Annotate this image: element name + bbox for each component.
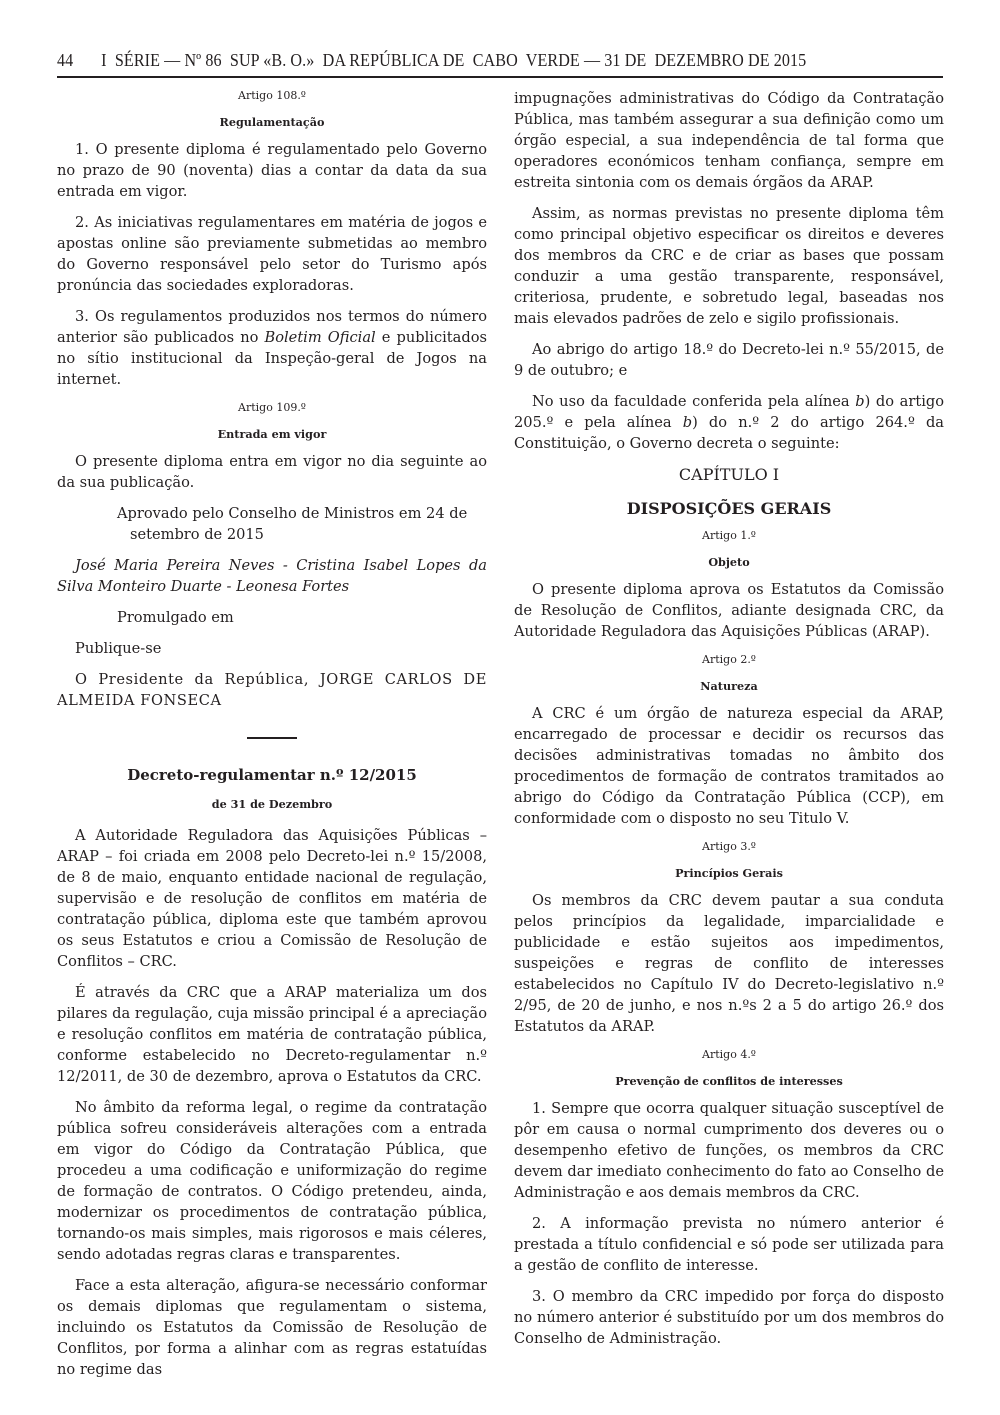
promulgated: Promulgado em	[57, 607, 487, 628]
article-3-paragraph-1: Os membros da CRC devem pautar a sua con…	[514, 890, 944, 1037]
decree-paragraph-2: É através da CRC que a ARAP materializa …	[57, 982, 487, 1087]
article-108-paragraph-2: 2. As iniciativas regulamentares em maté…	[57, 212, 487, 296]
chapter-label: CAPÍTULO I	[514, 464, 944, 486]
header-rule	[57, 76, 943, 78]
president-signature: O Presidente da República, JORGE CARLOS …	[57, 669, 487, 711]
decree-paragraph-uso: No uso da faculdade conferida pela alíne…	[514, 391, 944, 454]
article-4-paragraph-3: 3. O membro da CRC impedido por força do…	[514, 1286, 944, 1349]
publication-title: I SÉRIE — Nº 86 SUP «B. O.» DA REPÚBLICA…	[101, 50, 806, 71]
decree-paragraph-1: A Autoridade Reguladora das Aquisições P…	[57, 825, 487, 972]
decree-date: de 31 de Dezembro	[57, 794, 487, 815]
article-109-label: Artigo 109.º	[57, 400, 487, 416]
left-column: Artigo 108.º Regulamentação 1. O present…	[57, 88, 487, 1390]
article-3-label: Artigo 3.º	[514, 839, 944, 855]
article-109-title: Entrada em vigor	[57, 426, 487, 442]
article-108-label: Artigo 108.º	[57, 88, 487, 104]
text-span: No uso da faculdade conferida pela alíne…	[532, 393, 855, 410]
article-4-title: Prevenção de conflitos de interesses	[514, 1073, 944, 1089]
approval-line-2: setembro de 2015	[117, 524, 487, 545]
page-number: 44	[57, 50, 101, 71]
approval-line-1: Aprovado pelo Conselho de Ministros em 2…	[117, 505, 467, 522]
signatories: José Maria Pereira Neves - Cristina Isab…	[57, 555, 487, 597]
publish-notice: Publique-se	[57, 638, 487, 659]
decree-title: Decreto-regulamentar n.º 12/2015	[57, 765, 487, 786]
decree-paragraph-assim: Assim, as normas previstas no presente d…	[514, 203, 944, 329]
decree-paragraph-abrigo: Ao abrigo do artigo 18.º do Decreto-lei …	[514, 339, 944, 381]
decree-paragraph-3: No âmbito da reforma legal, o regime da …	[57, 1097, 487, 1265]
article-108-paragraph-1: 1. O presente diploma é regulamentado pe…	[57, 139, 487, 202]
right-column: impugnações administrativas do Código da…	[514, 88, 944, 1359]
article-2-title: Natureza	[514, 678, 944, 694]
article-1-paragraph-1: O presente diploma aprova os Estatutos d…	[514, 579, 944, 642]
alinea-b-italic: b	[683, 414, 692, 431]
article-4-label: Artigo 4.º	[514, 1047, 944, 1063]
article-108-title: Regulamentação	[57, 114, 487, 130]
approval-statement: Aprovado pelo Conselho de Ministros em 2…	[57, 503, 487, 545]
decree-paragraph-4-continued: impugnações administrativas do Código da…	[514, 88, 944, 193]
article-2-paragraph-1: A CRC é um órgão de natureza especial da…	[514, 703, 944, 829]
section-separator	[247, 737, 297, 739]
article-108-paragraph-3: 3. Os regulamentos produzidos nos termos…	[57, 306, 487, 390]
article-3-title: Princípios Gerais	[514, 865, 944, 881]
boletim-oficial-italic: Boletim Oficial	[265, 329, 376, 346]
article-1-label: Artigo 1.º	[514, 528, 944, 544]
page-header: 44 I SÉRIE — Nº 86 SUP «B. O.» DA REPÚBL…	[57, 50, 872, 76]
article-1-title: Objeto	[514, 554, 944, 570]
article-2-label: Artigo 2.º	[514, 652, 944, 668]
article-4-paragraph-1: 1. Sempre que ocorra qualquer situação s…	[514, 1098, 944, 1203]
alinea-b-italic: b	[855, 393, 864, 410]
decree-paragraph-4: Face a esta alteração, afigura-se necess…	[57, 1275, 487, 1380]
article-109-paragraph-1: O presente diploma entra em vigor no dia…	[57, 451, 487, 493]
article-4-paragraph-2: 2. A informação prevista no número anter…	[514, 1213, 944, 1276]
chapter-title: DISPOSIÇÕES GERAIS	[514, 498, 944, 520]
